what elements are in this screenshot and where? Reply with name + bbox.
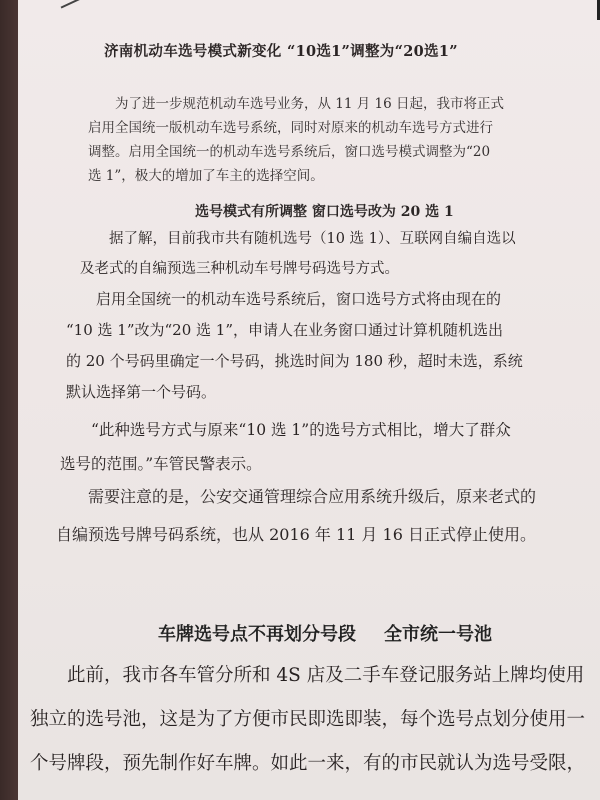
paragraph-line: “此种选号方式与原来“10 选 1”的选号方式相比，增大了群众 <box>60 413 511 447</box>
paragraph-notice: 需要注意的是，公安交通管理综合应用系统升级后，原来老式的 自编预选号牌号码系统，… <box>56 478 536 554</box>
subheading-unified-pool: 车牌选号点不再划分号段全市统一号池 <box>158 620 492 646</box>
paragraph-line: 独立的选号池，这是为了方便市民即选即装，每个选号点划分使用一 <box>30 698 585 742</box>
subheading-part: 车牌选号点不再划分号段 <box>158 624 356 645</box>
paragraph-line: 启用全国统一的机动车选号系统后，窗口选号方式将由现在的 <box>66 284 523 315</box>
paragraph-line: 据了解，目前我市共有随机选号（10 选 1）、互联网自编自选以 <box>80 224 516 254</box>
paragraph-line: 启用全国统一版机动车选号系统，同时对原来的机动车选号方式进行 <box>88 116 504 140</box>
paragraph-line: 及老式的自编预选三种机动车号牌号码选号方式。 <box>80 254 516 284</box>
document-title: 济南机动车选号模式新变化 “10选1”调整为“20选1” <box>104 40 458 61</box>
subheading-part: 全市统一号池 <box>384 624 492 645</box>
paragraph-line: 需要注意的是，公安交通管理综合应用系统升级后，原来老式的 <box>56 478 536 516</box>
paragraph-current-methods: 据了解，目前我市共有随机选号（10 选 1）、互联网自编自选以 及老式的自编预选… <box>80 224 516 284</box>
paragraph-line: “10 选 1”改为“20 选 1”，申请人在业务窗口通过计算机随机选出 <box>66 315 523 346</box>
intro-paragraph: 为了进一步规范机动车选号业务，从 11 月 16 日起，我市将正式 启用全国统一… <box>88 92 504 188</box>
paragraph-police-quote: “此种选号方式与原来“10 选 1”的选号方式相比，增大了群众 选号的范围。”车… <box>60 413 511 481</box>
subheading-window-selection: 选号模式有所调整 窗口选号改为 20 选 1 <box>195 201 454 221</box>
paragraph-previous-pools: 此前，我市各车管分所和 4S 店及二手车登记服务站上牌均使用 独立的选号池，这是… <box>30 654 585 786</box>
paragraph-line: 此前，我市各车管分所和 4S 店及二手车登记服务站上牌均使用 <box>30 654 585 698</box>
paragraph-line: 选号的范围。”车管民警表示。 <box>60 447 511 481</box>
paragraph-line: 为了进一步规范机动车选号业务，从 11 月 16 日起，我市将正式 <box>88 92 504 116</box>
paragraph-line: 自编预选号牌号码系统，也从 2016 年 11 月 16 日正式停止使用。 <box>56 516 536 554</box>
paragraph-new-system: 启用全国统一的机动车选号系统后，窗口选号方式将由现在的 “10 选 1”改为“2… <box>66 284 523 408</box>
paragraph-line: 默认选择第一个号码。 <box>66 377 523 408</box>
pen-mark <box>61 0 82 9</box>
paragraph-line: 的 20 个号码里确定一个号码，挑选时间为 180 秒，超时未选，系统 <box>66 346 523 377</box>
paragraph-line: 选 1”，极大的增加了车主的选择空间。 <box>88 164 504 188</box>
paragraph-line: 个号牌段，预先制作好车牌。如此一来，有的市民就认为选号受限， <box>30 742 585 786</box>
paragraph-line: 调整。启用全国统一的机动车选号系统后，窗口选号模式调整为“20 <box>88 140 504 164</box>
